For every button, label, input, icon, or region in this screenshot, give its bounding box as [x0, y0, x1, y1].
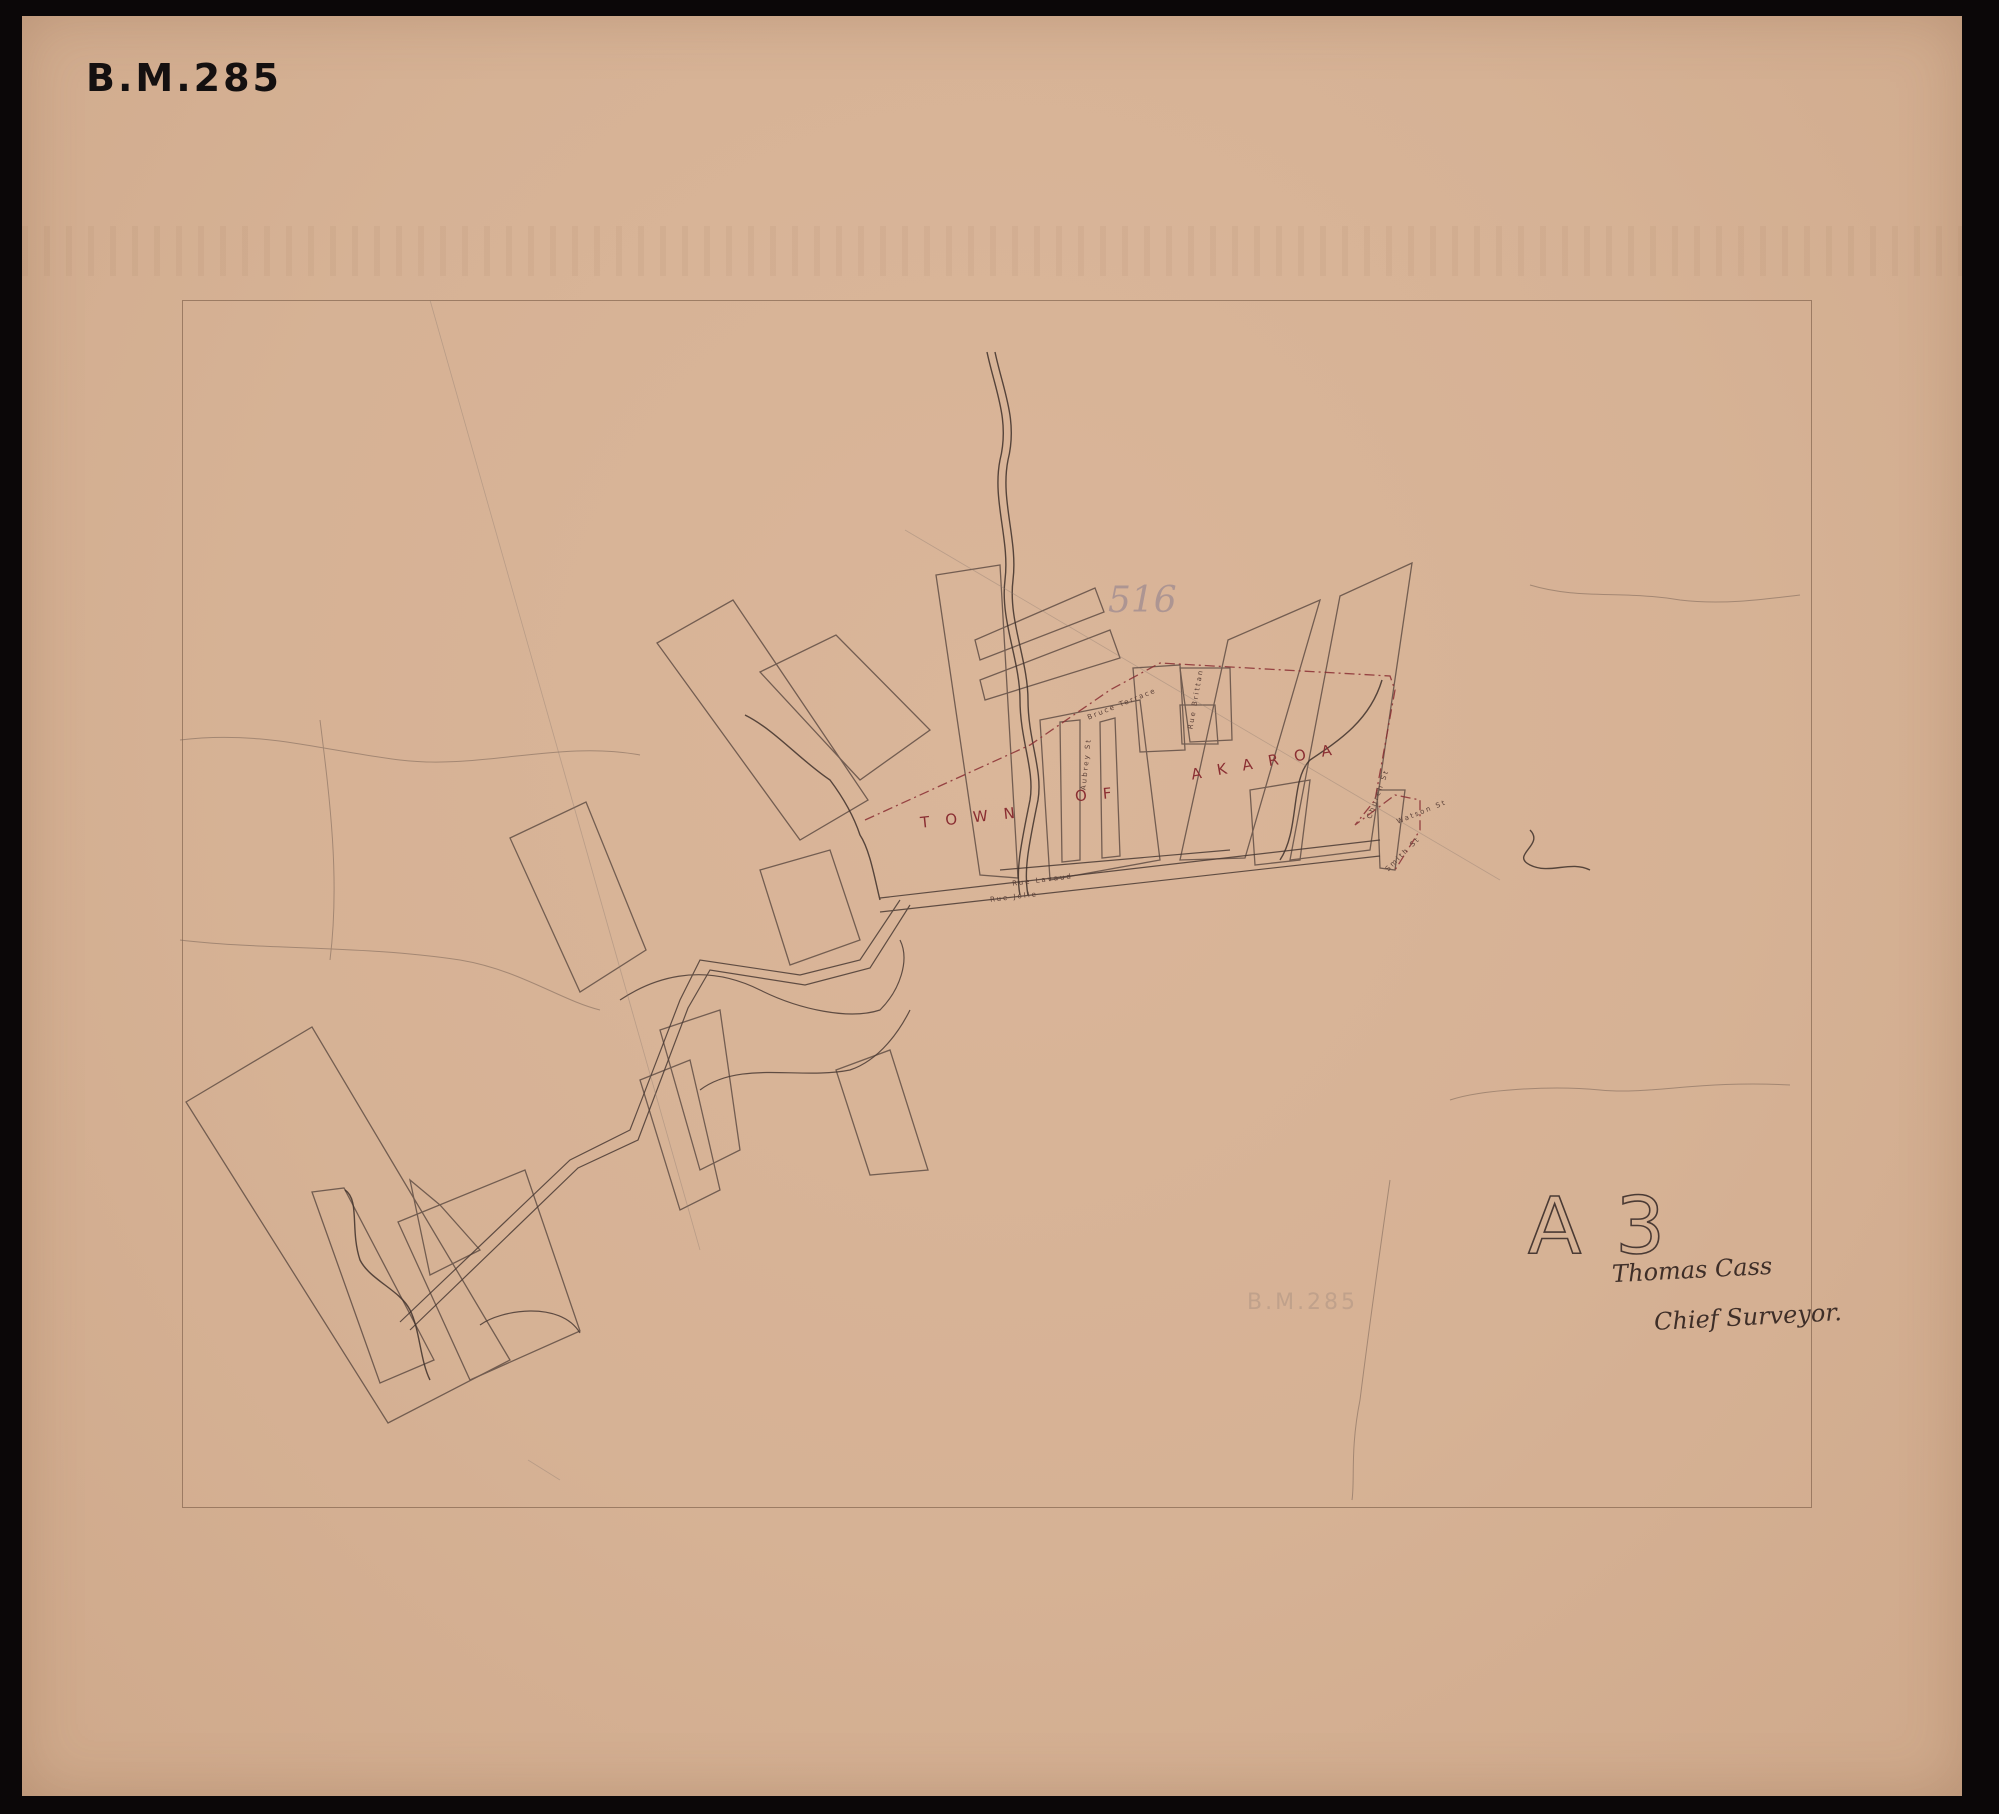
parcel [410, 1180, 480, 1275]
faint-stamp: B.M.285 [1247, 1290, 1358, 1315]
paper-crack [180, 737, 640, 762]
road-main-a [880, 840, 1380, 898]
parcel [510, 802, 646, 992]
paper-crack [1450, 1084, 1790, 1100]
parcel [1290, 563, 1412, 860]
parcel [836, 1050, 928, 1175]
river-west [745, 715, 880, 900]
pencil-line [528, 1460, 560, 1480]
parcel [760, 850, 860, 965]
parcel [980, 630, 1120, 700]
pencil-line [430, 300, 700, 1250]
road-curve-south [700, 1010, 910, 1090]
parcel [1180, 600, 1320, 860]
road-southwest-curve [480, 1311, 580, 1333]
pencil-line [905, 530, 1500, 880]
river-southwest [345, 1190, 430, 1380]
parcel [975, 588, 1104, 660]
river-far-east [1524, 830, 1590, 870]
road-loop [620, 940, 904, 1014]
faint-annotation: 516 [1108, 580, 1177, 621]
parcel [398, 1170, 580, 1380]
paper-crack [1530, 585, 1800, 602]
paper-crack [1352, 1180, 1390, 1500]
parcel [186, 1027, 510, 1423]
road-main-b [880, 856, 1380, 912]
parcel [1250, 780, 1310, 865]
survey-map-drawing [0, 0, 1999, 1814]
paper-crack [180, 940, 600, 1010]
paper-crack [320, 720, 334, 960]
parcel [760, 635, 930, 780]
road-west-b [410, 905, 910, 1330]
parcel [312, 1188, 434, 1383]
